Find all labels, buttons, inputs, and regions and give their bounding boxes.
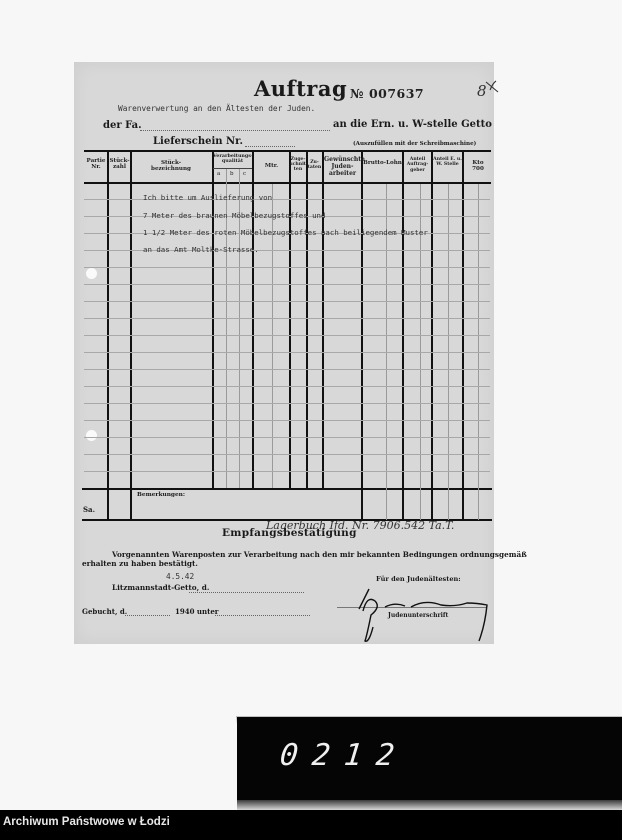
sum-label: Sa.	[83, 505, 95, 514]
row-rule	[84, 386, 490, 387]
header-judenarbeiter: Gewünschte Juden-arbeiter	[324, 156, 361, 177]
handwritten-signature	[345, 585, 495, 645]
header-quality-c: c	[243, 171, 246, 177]
typewriter-note: (Auszufüllen mit der Schreibmaschine)	[353, 141, 476, 147]
handwritten-cross-mark	[484, 80, 500, 94]
an-die-label: an die Ern. u. W-stelle Getto	[333, 119, 492, 130]
header-quality-b: b	[230, 171, 234, 177]
header-anteil-auftraggeber: Anteil Auftrag-geber	[404, 157, 431, 173]
place-label: Litzmannstadt-Getto, d.	[112, 583, 209, 592]
header-mtr: Mtr.	[254, 163, 289, 169]
header-stueckzahl: Stück-zahl	[109, 158, 130, 171]
table-top-rule	[84, 150, 491, 152]
confirmation-text-line2: erhalten zu haben bestätigt.	[82, 559, 198, 568]
row-rule	[84, 301, 490, 302]
header-zugeschnitten: Zuge-schnit-ten	[290, 157, 306, 173]
counter-fade	[237, 800, 622, 810]
header-qualitaet: Verarbeitungs-qualität	[213, 154, 252, 165]
header-zutaten: Zu-taten	[307, 160, 322, 170]
header-partie: Partie Nr.	[85, 158, 107, 171]
column-divider	[431, 152, 433, 520]
row-rule	[84, 352, 490, 353]
column-divider	[107, 152, 109, 520]
row-rule	[84, 471, 490, 472]
lieferschein-fill-line	[245, 146, 295, 147]
header-bezeichnung: Stück-bezeichnung	[146, 160, 196, 173]
gebucht-label: Gebucht, d.	[82, 607, 127, 616]
header-anteil-stelle: Anteil E. u. W. Stelle	[433, 157, 462, 168]
quality-subheader-rule	[213, 168, 252, 169]
order-text-line: 7 Meter des braunen Möbelbezugstoffes un…	[143, 211, 325, 220]
document-title: Auftrag	[254, 76, 347, 101]
der-fa-label: der Fa.	[103, 120, 142, 131]
gebucht-fill-line	[125, 615, 170, 616]
archive-name: Archiwum Państwowe w Łodzi	[3, 816, 170, 828]
header-bruttolohn: Brutto-Lohn	[363, 160, 402, 166]
document-number: № 007637	[350, 86, 424, 101]
column-divider	[130, 152, 132, 520]
bemerkungen-label: Bemerkungen:	[137, 492, 185, 498]
punch-hole-bottom	[86, 430, 97, 441]
order-text-line: an das Amt Moltke-Strasse.	[143, 245, 259, 254]
document-subheading: Warenverwertung an den Ältesten der Jude…	[118, 104, 315, 113]
row-rule	[84, 403, 490, 404]
confirmation-text-line1: Vorgenannten Warenposten zur Verarbeitun…	[112, 550, 527, 559]
order-text-line: 1 1/2 Meter des roten Möbelbezugstoffes …	[143, 228, 428, 237]
row-rule	[84, 420, 490, 421]
for-elder-label: Für den Judenältesten:	[376, 575, 461, 583]
table-header-rule	[84, 182, 491, 184]
header-quality-a: a	[217, 171, 220, 177]
confirmation-heading: Empfangsbestätigung	[222, 527, 357, 539]
row-rule	[84, 437, 490, 438]
place-fill-line	[189, 592, 304, 593]
lieferschein-label: Lieferschein Nr.	[153, 136, 243, 147]
year-label: 1940 unter	[175, 607, 218, 616]
punch-hole-top	[86, 268, 97, 279]
row-rule	[84, 369, 490, 370]
column-divider	[462, 152, 464, 520]
confirmation-date: 4.5.42	[166, 572, 194, 581]
frame-counter: 0212	[278, 738, 410, 773]
order-text-line: Ich bitte um Auslieferung von	[143, 193, 272, 202]
row-rule	[84, 284, 490, 285]
row-rule	[84, 335, 490, 336]
row-rule	[84, 267, 490, 268]
unter-fill-line	[215, 615, 310, 616]
row-rule	[84, 318, 490, 319]
column-divider	[402, 152, 404, 520]
header-kto: Kto 700	[466, 160, 490, 173]
row-rule	[84, 454, 490, 455]
column-divider	[361, 152, 363, 520]
der-fa-fill-line	[140, 130, 330, 131]
